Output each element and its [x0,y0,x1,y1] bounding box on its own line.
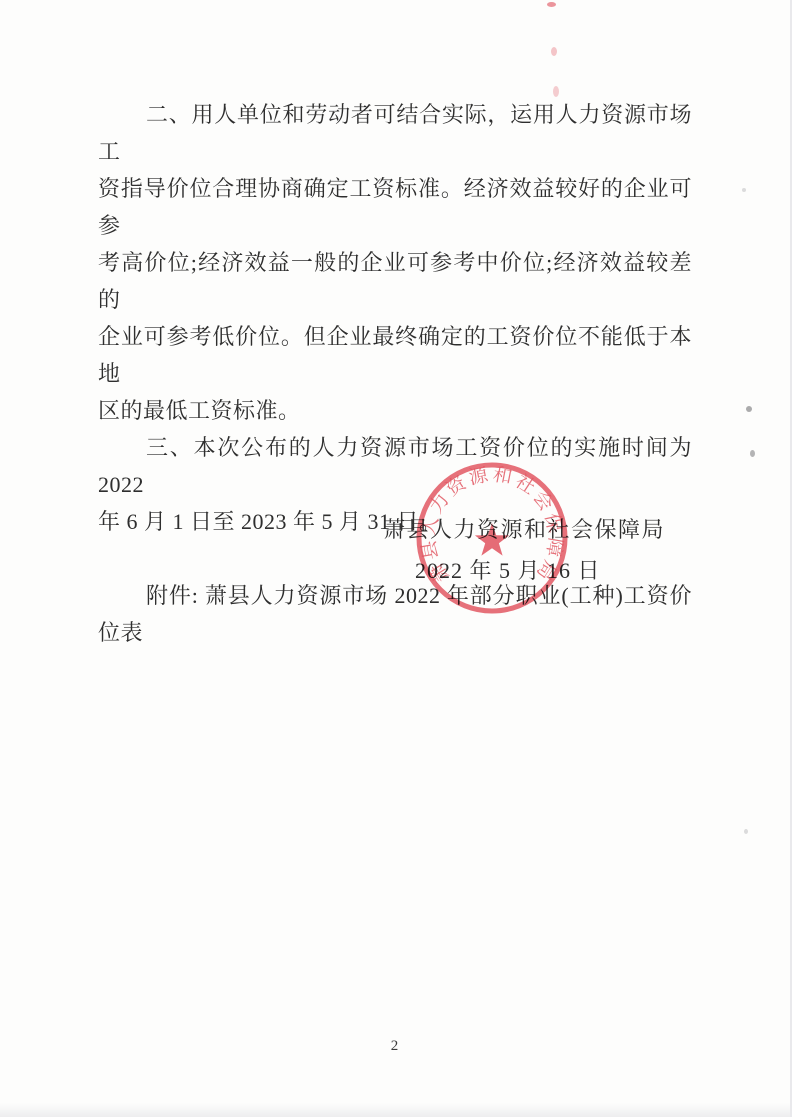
scan-speck [547,2,556,7]
para2-line1: 二、用人单位和劳动者可结合实际，运用人力资源市场工 [98,96,692,170]
para2-line2: 资指导价位合理协商确定工资标准。经济效益较好的企业可参 [98,170,692,244]
scan-speck [551,47,557,56]
attachment-line: 附件: 萧县人力资源市场 2022 年部分职业(工种)工资价位表 [98,577,692,651]
scan-shadow [0,1103,790,1117]
scan-speck [742,188,746,192]
page-number: 2 [0,1038,790,1055]
para2-line5: 区的最低工资标准。 [98,392,692,429]
document-page: 二、用人单位和劳动者可结合实际，运用人力资源市场工 资指导价位合理协商确定工资标… [0,0,792,1117]
para3-line1: 三、本次公布的人力资源市场工资价位的实施时间为 2022 [98,429,692,503]
para2-line3: 考高价位;经济效益一般的企业可参考中价位;经济效益较差的 [98,244,692,318]
blank-line [98,540,692,577]
scan-speck [750,450,755,457]
document-body: 二、用人单位和劳动者可结合实际，运用人力资源市场工 资指导价位合理协商确定工资标… [98,96,692,651]
seal-star-icon [475,523,509,556]
scan-speck [744,829,748,834]
scan-speck [553,86,559,97]
para2-line4: 企业可参考低价位。但企业最终确定的工资价位不能低于本地 [98,318,692,392]
scan-speck [746,406,752,412]
official-seal: 萧县人力资源和社会保障局 [409,455,575,621]
